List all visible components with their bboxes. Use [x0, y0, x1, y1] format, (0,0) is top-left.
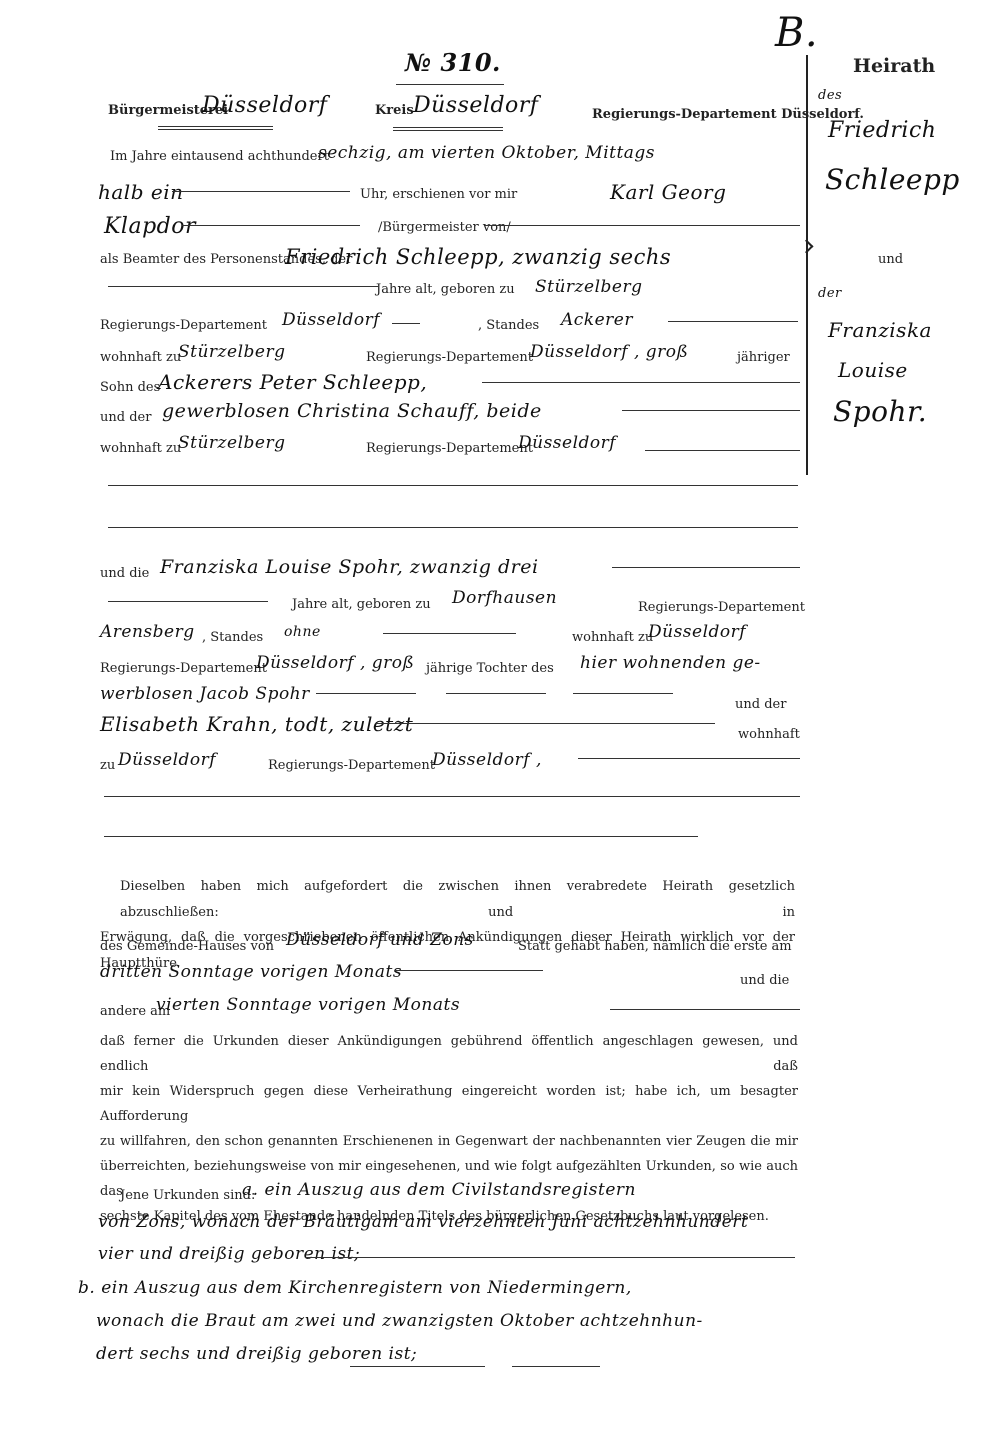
fill-line: [104, 836, 698, 837]
number-underline: [396, 84, 504, 85]
sidebar-und: und: [878, 252, 903, 267]
sidebar-bride-last: Spohr.: [833, 395, 927, 428]
label: /Bürgermeister von/: [378, 220, 511, 235]
field-value: Ackerers Peter Schleepp,: [158, 370, 427, 394]
field-value: Düsseldorf: [518, 433, 616, 453]
fill-line: [512, 1366, 600, 1367]
fill-line: [622, 410, 800, 411]
fill-line: [108, 485, 798, 486]
field-value: dritten Sonntage vorigen Monats: [100, 962, 402, 982]
field-value: Düsseldorf: [648, 622, 746, 642]
label: jähriger: [737, 350, 790, 365]
field-value: gewerblosen Christina Schauff, beide: [162, 400, 542, 422]
regdep-header: Regierungs-Departement Düsseldorf.: [592, 107, 864, 122]
label: Regierungs-Departement: [100, 318, 267, 333]
label: Regierungs-Departement: [366, 441, 533, 456]
label: , Standes: [478, 318, 539, 333]
kreis-label: Kreis: [375, 103, 414, 118]
field-value: hier wohnenden ge-: [580, 653, 761, 673]
fill-line: [446, 693, 546, 694]
sidebar-bride-first: Franziska: [828, 318, 932, 342]
field-value: Stürzelberg: [178, 433, 285, 453]
label: wohnhaft zu: [572, 630, 653, 645]
fill-line: [172, 191, 350, 192]
fill-line: [108, 286, 378, 287]
urkunden-label: Jene Urkunden sind:: [120, 1188, 255, 1203]
label: des Gemeinde-Hauses von: [100, 939, 274, 954]
fill-line: [316, 693, 416, 694]
label: Regierungs-Departement: [100, 661, 267, 676]
fill-line: [305, 1257, 795, 1258]
fill-line: [645, 450, 800, 451]
label: jährige Tochter des: [426, 661, 554, 676]
fill-line: [350, 1366, 485, 1367]
field-value: Düsseldorf und Zons: [286, 930, 474, 950]
fill-line: [182, 225, 360, 226]
record-number: № 310.: [405, 48, 501, 77]
field-value: werblosen Jacob Spohr: [100, 684, 310, 704]
field-value: halb ein: [98, 180, 183, 204]
sidebar-der: der: [818, 286, 842, 301]
label: Regierungs-Departement: [638, 600, 805, 615]
fill-line: [383, 633, 516, 634]
text-line: mir kein Widerspruch gegen diese Verheir…: [100, 1079, 798, 1129]
urkunden-line: von Zons, wonach der Bräutigam am vierze…: [98, 1212, 748, 1232]
label: Statt gehabt haben, nämlich die erste am: [518, 939, 792, 954]
field-value: Elisabeth Krahn, todt, zuletzt: [100, 712, 413, 736]
field-value: Düsseldorf: [118, 750, 216, 770]
label: wohnhaft: [738, 727, 800, 742]
fill-line: [375, 723, 715, 724]
label: Regierungs-Departement: [366, 350, 533, 365]
field-value: Düsseldorf: [282, 310, 380, 330]
field-value: Düsseldorf , groß: [256, 653, 414, 673]
field-value: Dorfhausen: [452, 588, 557, 608]
fill-line: [104, 796, 800, 797]
label: zu: [100, 758, 115, 773]
label: Jahre alt, geboren zu: [376, 282, 515, 297]
text-line: daß ferner die Urkunden dieser Ankündigu…: [100, 1029, 798, 1079]
sidebar-des: des: [818, 88, 842, 103]
sidebar-groom-last: Schleepp: [825, 163, 960, 196]
field-value: Franziska Louise Spohr, zwanzig drei: [160, 556, 539, 578]
buergermeisterei-value: Düsseldorf: [202, 93, 327, 118]
fill-line: [482, 382, 800, 383]
field-value: Ackerer: [561, 310, 633, 330]
fill-line: [395, 970, 543, 971]
underline: [158, 126, 273, 130]
label: und der: [735, 697, 786, 712]
fill-line: [392, 323, 420, 324]
kreis-value: Düsseldorf: [413, 93, 538, 118]
field-value: sechzig, am vierten Oktober, Mittags: [318, 143, 655, 163]
sidebar-bride-middle: Louise: [838, 358, 908, 382]
field-value: Düsseldorf , groß: [530, 342, 688, 362]
fill-line: [573, 693, 673, 694]
urkunden-line: vier und dreißig geboren ist;: [98, 1244, 360, 1264]
fill-line: [668, 321, 798, 322]
text-line: zu willfahren, den schon genannten Ersch…: [100, 1129, 798, 1154]
label: und die: [100, 566, 149, 581]
field-value: Arensberg: [100, 622, 195, 642]
field-value: Düsseldorf ,: [432, 750, 542, 770]
field-value: Karl Georg: [610, 180, 726, 204]
label: Sohn des: [100, 380, 160, 395]
field-value: Stürzelberg: [535, 277, 642, 297]
fill-line: [485, 225, 800, 226]
label: und die: [740, 973, 789, 988]
field-value: vierten Sonntage vorigen Monats: [156, 995, 460, 1015]
label: Jahre alt, geboren zu: [292, 597, 431, 612]
label: Regierungs-Departement: [268, 758, 435, 773]
label: wohnhaft zu: [100, 350, 181, 365]
sidebar-title: Heirath: [853, 55, 935, 77]
fill-line: [578, 758, 800, 759]
urkunden-line: b. ein Auszug aus dem Kirchenregistern v…: [78, 1278, 632, 1298]
label: Uhr, erschienen vor mir: [360, 187, 517, 202]
field-value: Stürzelberg: [178, 342, 285, 362]
label: , Standes: [202, 630, 263, 645]
paragraph-1: Dieselben haben mich aufgefordert die zw…: [120, 874, 795, 976]
urkunden-line: dert sechs und dreißig geboren ist;: [96, 1344, 417, 1364]
fill-line: [108, 527, 798, 528]
underline: [393, 127, 503, 131]
corner-mark: B.: [775, 10, 818, 56]
label: Im Jahre eintausend achthundert: [110, 149, 329, 164]
fill-line: [108, 601, 268, 602]
urkunden-line: a. ein Auszug aus dem Civilstandsregiste…: [242, 1180, 636, 1200]
field-value: Friedrich Schleepp, zwanzig sechs: [285, 245, 671, 269]
field-value: Klapdor: [104, 214, 196, 239]
text-line: Dieselben haben mich aufgefordert die zw…: [120, 874, 795, 925]
field-value: ohne: [284, 624, 321, 640]
fill-line: [610, 1009, 800, 1010]
urkunden-line: wonach die Braut am zwei und zwanzigsten…: [96, 1311, 703, 1331]
label: und der: [100, 410, 151, 425]
fill-line: [612, 567, 800, 568]
label: wohnhaft zu: [100, 441, 181, 456]
